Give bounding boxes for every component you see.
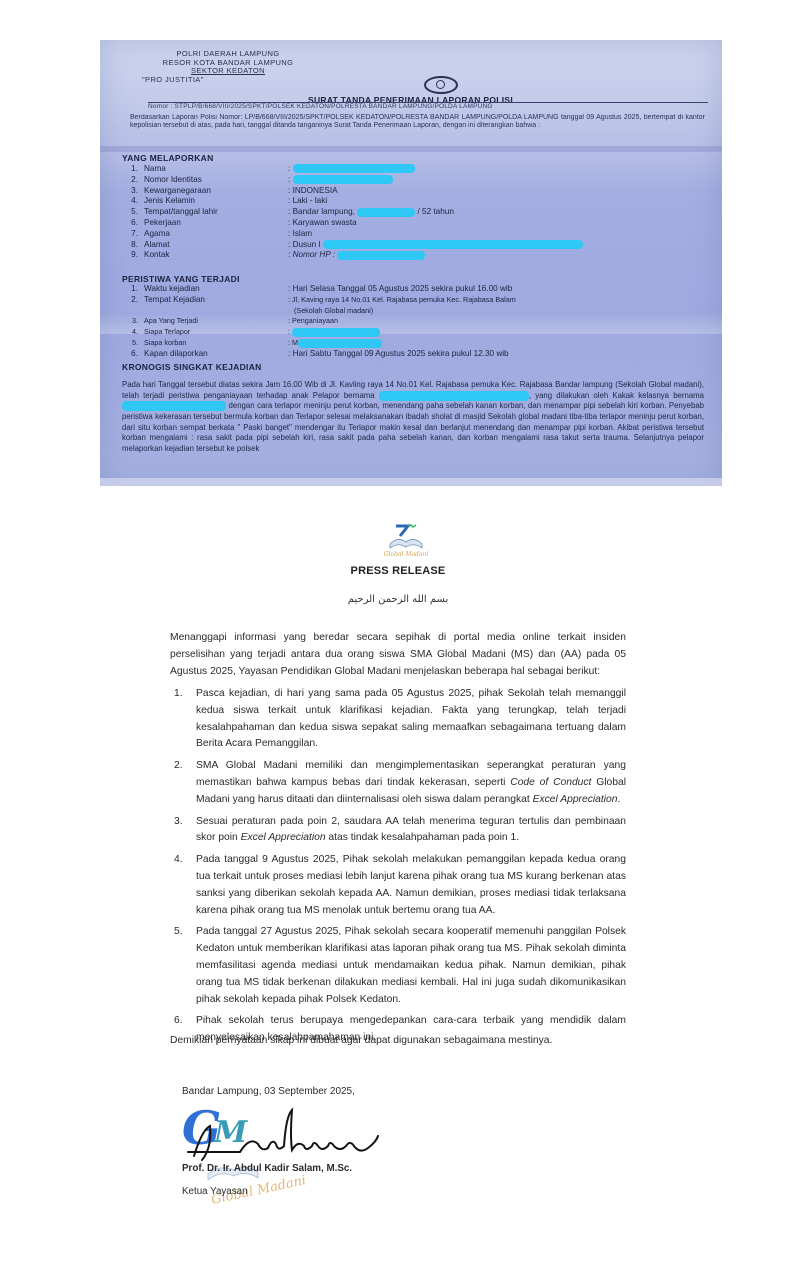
row-value: : M bbox=[288, 338, 382, 349]
row-value: : Nomor HP : bbox=[288, 250, 425, 261]
row-label: Apa Yang Terjadi bbox=[144, 316, 198, 327]
point-number: 4. bbox=[174, 852, 183, 869]
row-value: : Hari Selasa Tanggal 05 Agustus 2025 se… bbox=[288, 284, 512, 295]
row-number: 1. bbox=[124, 284, 138, 295]
redaction-mark bbox=[323, 240, 583, 249]
point-number: 6. bbox=[174, 1013, 183, 1030]
press-release-title: PRESS RELEASE bbox=[0, 565, 796, 577]
paper-edge bbox=[100, 478, 722, 486]
section-heading-reporter: YANG MELAPORKAN bbox=[122, 153, 214, 163]
section-heading-incident: PERISTIWA YANG TERJADI bbox=[122, 274, 240, 284]
redaction-mark bbox=[122, 401, 226, 411]
row-number: 1. bbox=[124, 164, 138, 175]
closing-paragraph: Demikian pernyataan sikap ini dibuat aga… bbox=[170, 1033, 626, 1050]
row-number: 8. bbox=[124, 240, 138, 251]
statement-point: 5.Pada tanggal 27 Agustus 2025, Pihak se… bbox=[170, 924, 626, 1008]
row-number: 5. bbox=[124, 207, 138, 218]
row-value: (Sekolah Global madani) bbox=[294, 306, 373, 317]
row-number: 7. bbox=[124, 229, 138, 240]
row-label: Alamat bbox=[144, 240, 169, 251]
opening-paragraph: Menanggapi informasi yang beredar secara… bbox=[170, 630, 626, 680]
row-number: 6. bbox=[124, 349, 138, 360]
statement-points: 1.Pasca kejadian, di hari yang sama pada… bbox=[170, 686, 626, 1052]
row-label: Kontak bbox=[144, 250, 170, 261]
row-value: : Islam bbox=[288, 229, 312, 240]
redaction-mark bbox=[357, 208, 415, 217]
row-label: Agama bbox=[144, 229, 170, 240]
row-number: 2. bbox=[124, 175, 138, 186]
letterhead-line: "PRO JUSTITIA" bbox=[142, 76, 308, 85]
row-label: Kapan dilaporkan bbox=[144, 349, 208, 360]
row-label: Siapa Terlapor bbox=[144, 327, 190, 338]
row-label: Nomor Identitas bbox=[144, 175, 202, 186]
signer-role: Ketua Yayasan bbox=[182, 1186, 248, 1197]
value-text: Dusun I bbox=[293, 240, 324, 249]
row-label: Nama bbox=[144, 164, 166, 175]
report-intro: Berdasarkan Laporan Polisi Nomor: LP/B/6… bbox=[130, 114, 705, 129]
text-segment: . bbox=[617, 794, 620, 805]
row-number: 4. bbox=[124, 327, 138, 338]
point-text: Pada tanggal 9 Agustus 2025, Pihak sekol… bbox=[196, 854, 626, 915]
point-number: 2. bbox=[174, 758, 183, 775]
svg-text:Global Madani: Global Madani bbox=[384, 551, 429, 558]
statement-point: 4.Pada tanggal 9 Agustus 2025, Pihak sek… bbox=[170, 852, 626, 919]
emphasized-term: Excel Appreciation bbox=[533, 794, 618, 805]
point-number: 1. bbox=[174, 686, 183, 703]
statement-point: 3.Sesuai peraturan pada poin 2, saudara … bbox=[170, 814, 626, 848]
row-value: : Bandar lampung, / 52 tahun bbox=[288, 207, 454, 218]
row-number: 9. bbox=[124, 250, 138, 261]
value-text: Nomor HP : bbox=[293, 250, 338, 259]
redaction-mark bbox=[379, 391, 529, 401]
statement-point: 2.SMA Global Madani memiliki dan mengimp… bbox=[170, 758, 626, 808]
report-number: Nomor : STPLP/B/668/VIII/2025/SPKT/POLSE… bbox=[148, 102, 708, 110]
basmalah: بسم الله الرحمن الرحيم bbox=[0, 594, 796, 605]
redaction-mark bbox=[292, 328, 380, 337]
row-value: : Dusun I bbox=[288, 240, 583, 251]
value-text: Islam bbox=[293, 229, 313, 238]
police-report-photo: POLRI DAERAH LAMPUNG RESOR KOTA BANDAR L… bbox=[100, 40, 722, 486]
redaction-mark bbox=[293, 164, 415, 173]
emphasized-term: Excel Appreciation bbox=[241, 832, 326, 843]
point-text: Pasca kejadian, di hari yang sama pada 0… bbox=[196, 688, 626, 749]
value-text: M bbox=[292, 338, 298, 347]
row-value: : INDONESIA bbox=[288, 186, 338, 197]
row-number: 5. bbox=[124, 338, 138, 349]
signer-name: Prof. Dr. Ir. Abdul Kadir Salam, M.Sc. bbox=[182, 1163, 352, 1174]
police-letterhead: POLRI DAERAH LAMPUNG RESOR KOTA BANDAR L… bbox=[148, 50, 308, 84]
row-label: Waktu kejadian bbox=[144, 284, 200, 295]
text-segment: atas tindak kesalahpahaman pada poin 1. bbox=[326, 832, 520, 843]
point-number: 5. bbox=[174, 924, 183, 941]
point-text: Sesuai peraturan pada poin 2, saudara AA… bbox=[196, 816, 626, 844]
row-label: Jenis Kelamin bbox=[144, 196, 195, 207]
paper-fold bbox=[100, 146, 722, 152]
row-label: Tempat/tanggal lahir bbox=[144, 207, 218, 218]
row-label: Siapa korban bbox=[144, 338, 186, 349]
row-number: 3. bbox=[124, 316, 138, 327]
row-value: : Laki - laki bbox=[288, 196, 327, 207]
row-value: : bbox=[288, 327, 380, 338]
row-number: 3. bbox=[124, 186, 138, 197]
chronology-part: , yang dilakukan oleh Kakak kelasnya ber… bbox=[529, 391, 704, 400]
value-text: Laki - laki bbox=[293, 196, 328, 205]
statement-point: 1.Pasca kejadian, di hari yang sama pada… bbox=[170, 686, 626, 753]
row-value: : Hari Sabtu Tanggal 09 Agustus 2025 sek… bbox=[288, 349, 509, 360]
value-text: Hari Sabtu Tanggal 09 Agustus 2025 sekir… bbox=[293, 349, 509, 358]
value-text: Karyawan swasta bbox=[293, 218, 357, 227]
row-label: Tempat Kejadian bbox=[144, 295, 205, 306]
row-value: : bbox=[288, 164, 415, 175]
row-number: 6. bbox=[124, 218, 138, 229]
section-heading-chronology: KRONOGIS SINGKAT KEJADIAN bbox=[122, 362, 262, 372]
police-emblem-icon bbox=[424, 76, 458, 94]
row-number: 2. bbox=[124, 295, 138, 306]
row-value: : Karyawan swasta bbox=[288, 218, 357, 229]
text-segment: Pada tanggal 27 Agustus 2025, Pihak seko… bbox=[196, 926, 626, 1004]
value-text: Penganiayaan bbox=[292, 316, 338, 325]
value-text: INDONESIA bbox=[293, 186, 338, 195]
text-segment: Pasca kejadian, di hari yang sama pada 0… bbox=[196, 688, 626, 749]
chronology-text: Pada hari Tanggal tersebut diatas sekira… bbox=[122, 380, 704, 454]
row-label: Kewarganegaraan bbox=[144, 186, 211, 197]
svg-text:M: M bbox=[213, 1115, 248, 1150]
value-text: Bandar lampung, bbox=[293, 207, 358, 216]
value-text: Jl. Kaving raya 14 No.01 Kel. Rajabasa p… bbox=[292, 295, 516, 304]
text-segment: Pada tanggal 9 Agustus 2025, Pihak sekol… bbox=[196, 854, 626, 915]
value-text: / 52 tahun bbox=[415, 207, 454, 216]
point-text: SMA Global Madani memiliki dan mengimple… bbox=[196, 760, 626, 805]
row-label: Pekerjaan bbox=[144, 218, 181, 229]
redaction-mark bbox=[298, 339, 382, 348]
global-madani-logo-icon: Global Madani bbox=[378, 522, 434, 558]
value-text: Hari Selasa Tanggal 05 Agustus 2025 seki… bbox=[293, 284, 513, 293]
redaction-mark bbox=[293, 175, 393, 184]
row-value: : Jl. Kaving raya 14 No.01 Kel. Rajabasa… bbox=[288, 295, 516, 306]
emphasized-term: Code of Conduct bbox=[510, 777, 591, 788]
redaction-mark bbox=[337, 251, 425, 260]
row-number: 4. bbox=[124, 196, 138, 207]
point-number: 3. bbox=[174, 814, 183, 831]
point-text: Pada tanggal 27 Agustus 2025, Pihak seko… bbox=[196, 926, 626, 1004]
row-value: : Penganiayaan bbox=[288, 316, 338, 327]
row-value: : bbox=[288, 175, 393, 186]
